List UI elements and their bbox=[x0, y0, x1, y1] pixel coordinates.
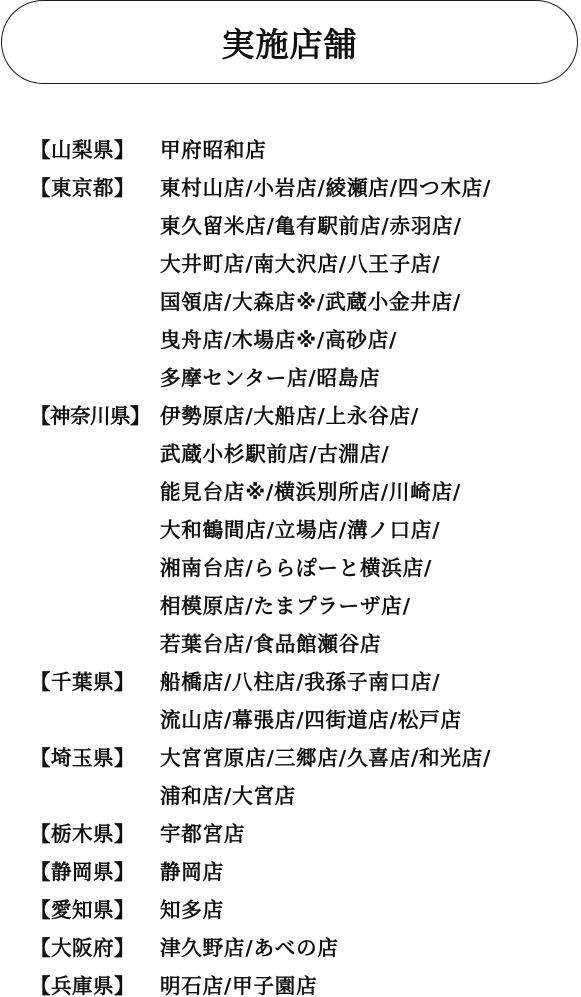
store-line: 能見台店※/横浜別所店/川崎店/ bbox=[160, 473, 575, 511]
store-line: 東村山店/小岩店/綾瀬店/四つ木店/ bbox=[160, 169, 575, 207]
store-line: 曳舟店/木場店※/高砂店/ bbox=[160, 321, 575, 359]
prefecture-label: 【千葉県】 bbox=[30, 663, 160, 701]
region-chiba: 【千葉県】 船橋店/八柱店/我孫子南口店/ 流山店/幕張店/四街道店/松戸店 bbox=[30, 663, 575, 739]
store-line: 明石店/甲子園店 bbox=[160, 967, 575, 997]
prefecture-label: 【東京都】 bbox=[30, 169, 160, 207]
store-lines: 甲府昭和店 bbox=[160, 131, 575, 169]
store-line: 若葉台店/食品館瀬谷店 bbox=[160, 625, 575, 663]
region-yamanashi: 【山梨県】 甲府昭和店 bbox=[30, 131, 575, 169]
store-line: 大宮宮原店/三郷店/久喜店/和光店/ bbox=[160, 739, 575, 777]
region-osaka: 【大阪府】 津久野店/あべの店 bbox=[30, 929, 575, 967]
store-line: 津久野店/あべの店 bbox=[160, 929, 575, 967]
title-banner: 実施店舗 bbox=[1, 0, 578, 84]
store-lines: 静岡店 bbox=[160, 853, 575, 891]
store-line: 相模原店/たまプラーザ店/ bbox=[160, 587, 575, 625]
store-list: 【山梨県】 甲府昭和店 【東京都】 東村山店/小岩店/綾瀬店/四つ木店/ 東久留… bbox=[30, 131, 575, 997]
prefecture-label: 【愛知県】 bbox=[30, 891, 160, 929]
store-line: 甲府昭和店 bbox=[160, 131, 575, 169]
prefecture-label: 【埼玉県】 bbox=[30, 739, 160, 777]
store-lines: 伊勢原店/大船店/上永谷店/ 武蔵小杉駅前店/古淵店/ 能見台店※/横浜別所店/… bbox=[160, 397, 575, 663]
store-line: 武蔵小杉駅前店/古淵店/ bbox=[160, 435, 575, 473]
prefecture-label: 【静岡県】 bbox=[30, 853, 160, 891]
store-line: 静岡店 bbox=[160, 853, 575, 891]
store-lines: 船橋店/八柱店/我孫子南口店/ 流山店/幕張店/四街道店/松戸店 bbox=[160, 663, 575, 739]
region-saitama: 【埼玉県】 大宮宮原店/三郷店/久喜店/和光店/ 浦和店/大宮店 bbox=[30, 739, 575, 815]
store-line: 船橋店/八柱店/我孫子南口店/ bbox=[160, 663, 575, 701]
store-line: 大和鶴間店/立場店/溝ノ口店/ bbox=[160, 511, 575, 549]
region-tochigi: 【栃木県】 宇都宮店 bbox=[30, 815, 575, 853]
store-line: 大井町店/南大沢店/八王子店/ bbox=[160, 245, 575, 283]
store-line: 宇都宮店 bbox=[160, 815, 575, 853]
store-line: 浦和店/大宮店 bbox=[160, 777, 575, 815]
store-lines: 知多店 bbox=[160, 891, 575, 929]
region-tokyo: 【東京都】 東村山店/小岩店/綾瀬店/四つ木店/ 東久留米店/亀有駅前店/赤羽店… bbox=[30, 169, 575, 397]
store-line: 伊勢原店/大船店/上永谷店/ bbox=[160, 397, 575, 435]
store-line: 湘南台店/ららぽーと横浜店/ bbox=[160, 549, 575, 587]
region-shizuoka: 【静岡県】 静岡店 bbox=[30, 853, 575, 891]
region-kanagawa: 【神奈川県】 伊勢原店/大船店/上永谷店/ 武蔵小杉駅前店/古淵店/ 能見台店※… bbox=[30, 397, 575, 663]
store-line: 多摩センター店/昭島店 bbox=[160, 359, 575, 397]
store-line: 流山店/幕張店/四街道店/松戸店 bbox=[160, 701, 575, 739]
store-lines: 明石店/甲子園店 bbox=[160, 967, 575, 997]
page-title: 実施店舗 bbox=[222, 19, 358, 66]
store-line: 知多店 bbox=[160, 891, 575, 929]
prefecture-label: 【大阪府】 bbox=[30, 929, 160, 967]
prefecture-label: 【栃木県】 bbox=[30, 815, 160, 853]
store-line: 国領店/大森店※/武蔵小金井店/ bbox=[160, 283, 575, 321]
store-lines: 大宮宮原店/三郷店/久喜店/和光店/ 浦和店/大宮店 bbox=[160, 739, 575, 815]
store-lines: 宇都宮店 bbox=[160, 815, 575, 853]
prefecture-label: 【山梨県】 bbox=[30, 131, 160, 169]
store-lines: 津久野店/あべの店 bbox=[160, 929, 575, 967]
region-aichi: 【愛知県】 知多店 bbox=[30, 891, 575, 929]
prefecture-label: 【神奈川県】 bbox=[30, 397, 160, 435]
region-hyogo: 【兵庫県】 明石店/甲子園店 bbox=[30, 967, 575, 997]
prefecture-label: 【兵庫県】 bbox=[30, 967, 160, 997]
store-lines: 東村山店/小岩店/綾瀬店/四つ木店/ 東久留米店/亀有駅前店/赤羽店/ 大井町店… bbox=[160, 169, 575, 397]
store-line: 東久留米店/亀有駅前店/赤羽店/ bbox=[160, 207, 575, 245]
